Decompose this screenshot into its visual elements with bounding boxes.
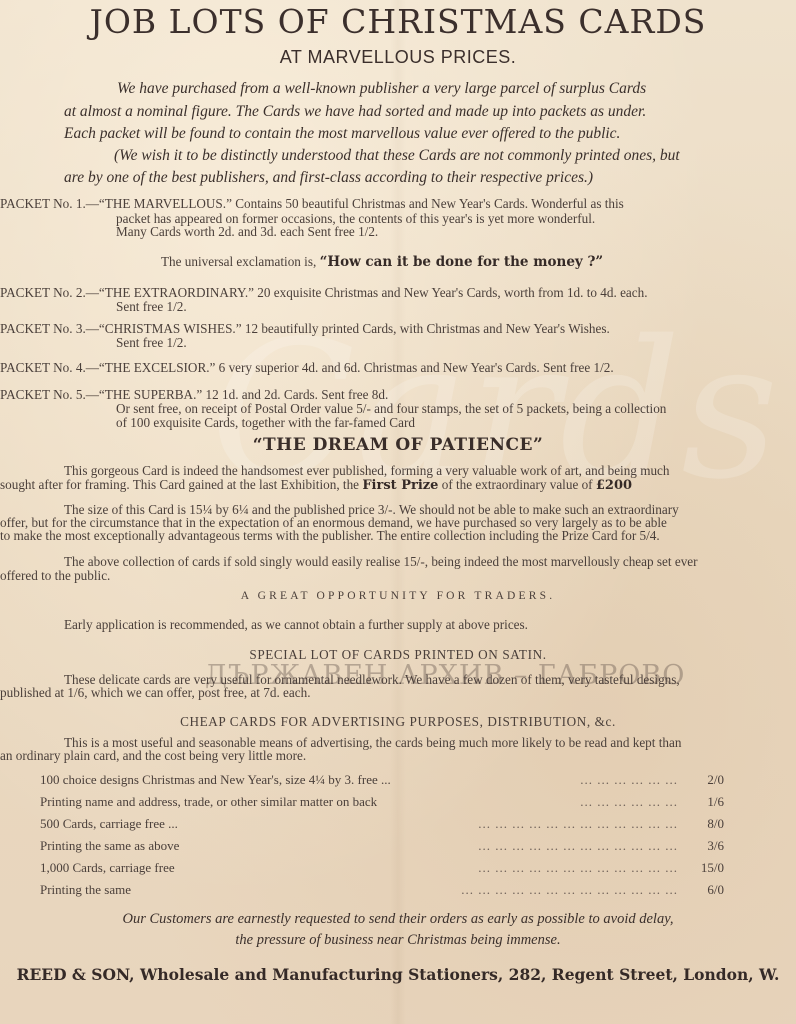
intro-line: (We wish it to be distinctly understood … <box>114 147 680 165</box>
packet-3-line: PACKET No. 3.—“CHRISTMAS WISHES.” 12 bea… <box>0 321 610 337</box>
price-item: Printing the same as above <box>40 838 179 854</box>
customer-request-line: Our Customers are earnestly requested to… <box>0 911 796 928</box>
price-value: 15/0 <box>684 860 724 876</box>
price-value: 8/0 <box>684 816 724 832</box>
exclamation-lead: The universal exclamation is, <box>161 254 320 269</box>
price-value: 6/0 <box>684 882 724 898</box>
packet-1-line: PACKET No. 1.—“THE MARVELLOUS.” Contains… <box>0 196 624 212</box>
traders-text: Early application is recommended, as we … <box>64 617 528 633</box>
intro-line: Each packet will be found to contain the… <box>64 125 620 143</box>
exclamation-quote: “How can it be done for the money ?” <box>320 254 604 270</box>
price-item: Printing name and address, trade, or oth… <box>40 794 377 810</box>
leader-dots: ... ... ... ... ... ... ... ... ... ... … <box>478 860 678 876</box>
leader-dots: ... ... ... ... ... ... ... ... ... ... … <box>478 838 678 854</box>
universal-exclamation: The universal exclamation is, “How can i… <box>161 254 603 270</box>
packet-5-line: of 100 exquisite Cards, together with th… <box>116 415 415 431</box>
price-value: 3/6 <box>684 838 724 854</box>
first-prize-text: First Prize <box>362 478 438 493</box>
price-value: 2/0 <box>684 772 724 788</box>
leader-dots: ... ... ... ... ... ... ... ... ... ... … <box>478 816 678 832</box>
leader-dots: ... ... ... ... ... ... <box>580 772 678 788</box>
collection-value-line: The above collection of cards if sold si… <box>64 554 698 570</box>
price-row: Printing the same as above ... ... ... .… <box>40 838 724 858</box>
packet-2-line: PACKET No. 2.—“THE EXTRAORDINARY.” 20 ex… <box>0 285 648 301</box>
price-item: 500 Cards, carriage free ... <box>40 816 178 832</box>
dream-line-text: of the extraordinary value of <box>438 477 595 492</box>
price-item: Printing the same <box>40 882 131 898</box>
leader-dots: ... ... ... ... ... ... <box>580 794 678 810</box>
packet-2-line: Sent free 1/2. <box>116 299 187 315</box>
packet-3-line: Sent free 1/2. <box>116 335 187 351</box>
archive-watermark: ДЪРЖАВЕН АРХИВ – ГАБРОВО <box>205 660 685 691</box>
price-item: 1,000 Cards, carriage free <box>40 860 175 876</box>
price-value: 1/6 <box>684 794 724 810</box>
publisher-address: REED & SON, Wholesale and Manufacturing … <box>0 965 796 984</box>
page-title: JOB LOTS OF CHRISTMAS CARDS <box>0 2 796 41</box>
price-item: 100 choice designs Christmas and New Yea… <box>40 772 391 788</box>
price-row: 500 Cards, carriage free ... ... ... ...… <box>40 816 724 836</box>
traders-heading: A GREAT OPPORTUNITY FOR TRADERS. <box>0 590 796 602</box>
dream-line-text: sought after for framing. This Card gain… <box>0 477 362 492</box>
prize-value: £200 <box>596 478 632 493</box>
price-row: Printing the same ... ... ... ... ... ..… <box>40 882 724 902</box>
dream-size-line: to make the most exceptionally advantage… <box>0 528 660 544</box>
collection-value-line: offered to the public. <box>0 568 110 584</box>
price-row: 1,000 Cards, carriage free ... ... ... .… <box>40 860 724 880</box>
intro-line: are by one of the best publishers, and f… <box>64 169 593 187</box>
customer-request-line: the pressure of business near Christmas … <box>0 932 796 949</box>
advertising-line: an ordinary plain card, and the cost bei… <box>0 748 306 764</box>
packet-4-line: PACKET No. 4.—“THE EXCELSIOR.” 6 very su… <box>0 360 614 376</box>
page-subtitle: AT MARVELLOUS PRICES. <box>0 47 796 68</box>
dream-line: sought after for framing. This Card gain… <box>0 477 632 493</box>
advertising-heading: CHEAP CARDS FOR ADVERTISING PURPOSES, DI… <box>0 714 796 730</box>
dream-of-patience-title: “THE DREAM OF PATIENCE” <box>0 435 796 455</box>
intro-line: at almost a nominal figure. The Cards we… <box>64 103 646 121</box>
advertisement-page: Cards JOB LOTS OF CHRISTMAS CARDS AT MAR… <box>0 0 796 1024</box>
leader-dots: ... ... ... ... ... ... ... ... ... ... … <box>461 882 678 898</box>
price-row: 100 choice designs Christmas and New Yea… <box>40 772 724 792</box>
price-row: Printing name and address, trade, or oth… <box>40 794 724 814</box>
intro-line: We have purchased from a well-known publ… <box>117 80 646 98</box>
packet-1-line: Many Cards worth 2d. and 3d. each Sent f… <box>116 224 378 240</box>
